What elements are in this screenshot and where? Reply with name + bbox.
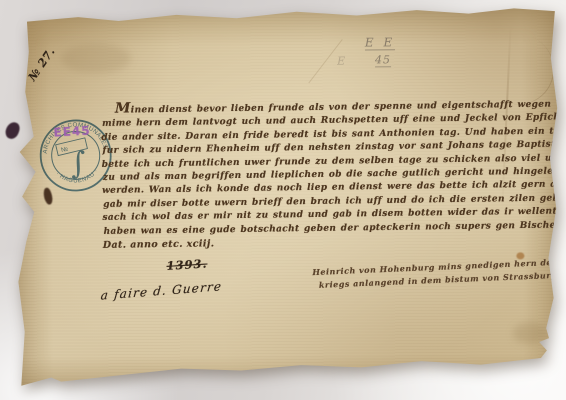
pencil-faint-letter: E (337, 55, 345, 68)
edge-tear-shadow (65, 383, 78, 390)
shelfmark-stamp: EE45 (53, 123, 91, 139)
aging-stain (513, 322, 547, 344)
manuscript-paper-shadow: № 27. E E 45 E ARCHIVES COMMUNALES · HAG… (0, 0, 566, 400)
photo-of-manuscript: { "colors": { "backdrop": "#d8d4d2", "pa… (0, 0, 566, 400)
docket-block: Heinrich von Hohenburg mins gnedigen her… (312, 256, 558, 292)
pencil-shelfmark-series: E E (365, 35, 395, 50)
letter-body: Minen dienst bevor lieben frunde als von… (101, 97, 555, 253)
manuscript-paper: № 27. E E 45 E ARCHIVES COMMUNALES · HAG… (13, 6, 562, 392)
crossed-out-date: 1393. (166, 256, 208, 272)
pencil-shelfmark-number: 45 (375, 53, 391, 67)
corner-number: № 27. (26, 45, 58, 83)
stamp-flourish: ∫ (69, 146, 87, 182)
aging-stain (61, 43, 131, 73)
french-annotation: a faire d. Guerre (100, 279, 223, 302)
